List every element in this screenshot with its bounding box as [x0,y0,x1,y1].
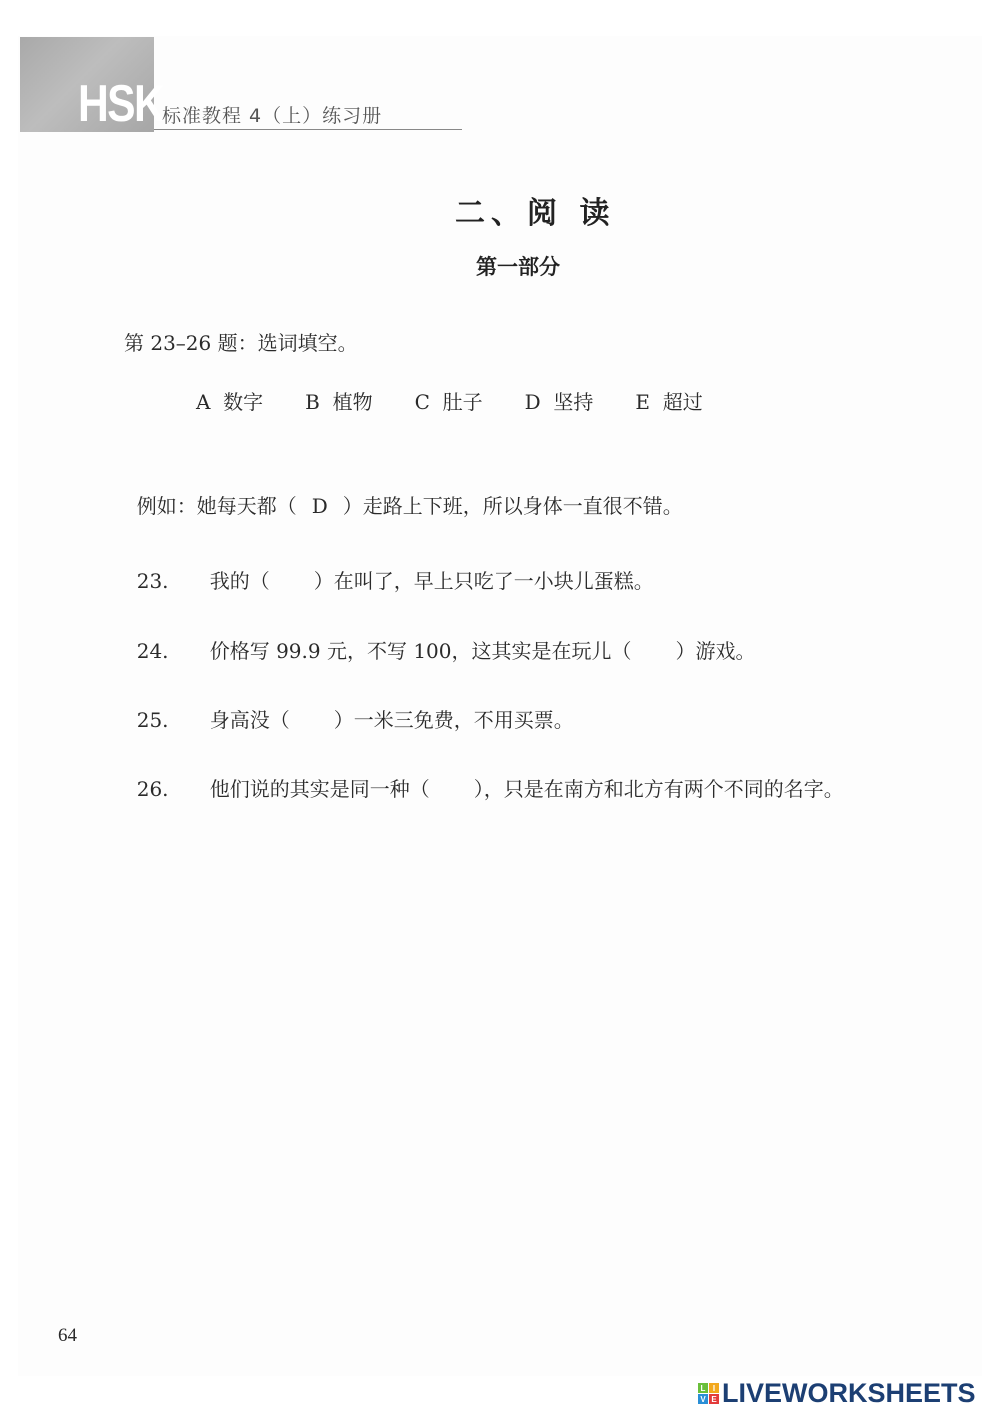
hsk-logo: HSK [78,78,163,130]
book-title: 标准教程 4（上）练习册 [162,101,382,128]
example-sentence: 例如：她每天都（D）走路上下班，所以身体一直很不错。 [124,466,683,519]
section-title: 二、阅 读 [455,188,615,232]
question-24: 24.价格写 99.9 元，不写 100，这其实是在玩儿（）游戏。 [124,611,756,664]
option-b: B 植物 [305,386,372,415]
liveworksheets-logo-icon: L I V E [698,1383,719,1404]
liveworksheets-watermark: L I V E LIVEWORKSHEETS [698,1378,976,1409]
part-title: 第一部分 [476,251,560,281]
word-options: A 数字 B 植物 C 肚子 D 坚持 E 超过 [196,386,745,415]
page-number: 64 [58,1325,77,1347]
option-a: A 数字 [196,386,263,415]
option-c: C 肚子 [415,386,483,415]
instruction: 第 23–26 题：选词填空。 [124,327,358,356]
header-divider [154,129,462,130]
option-e: E 超过 [635,386,702,415]
liveworksheets-text: LIVEWORKSHEETS [722,1378,976,1409]
example-label: 例如： [137,494,197,518]
question-26: 26.他们说的其实是同一种（），只是在南方和北方有两个不同的名字。 [124,749,844,802]
example-answer: D [297,494,343,518]
question-25: 25.身高没（）一米三免费，不用买票。 [124,680,574,733]
question-23: 23.我的（）在叫了，早上只吃了一小块儿蛋糕。 [124,541,654,594]
option-d: D 坚持 [525,386,594,415]
